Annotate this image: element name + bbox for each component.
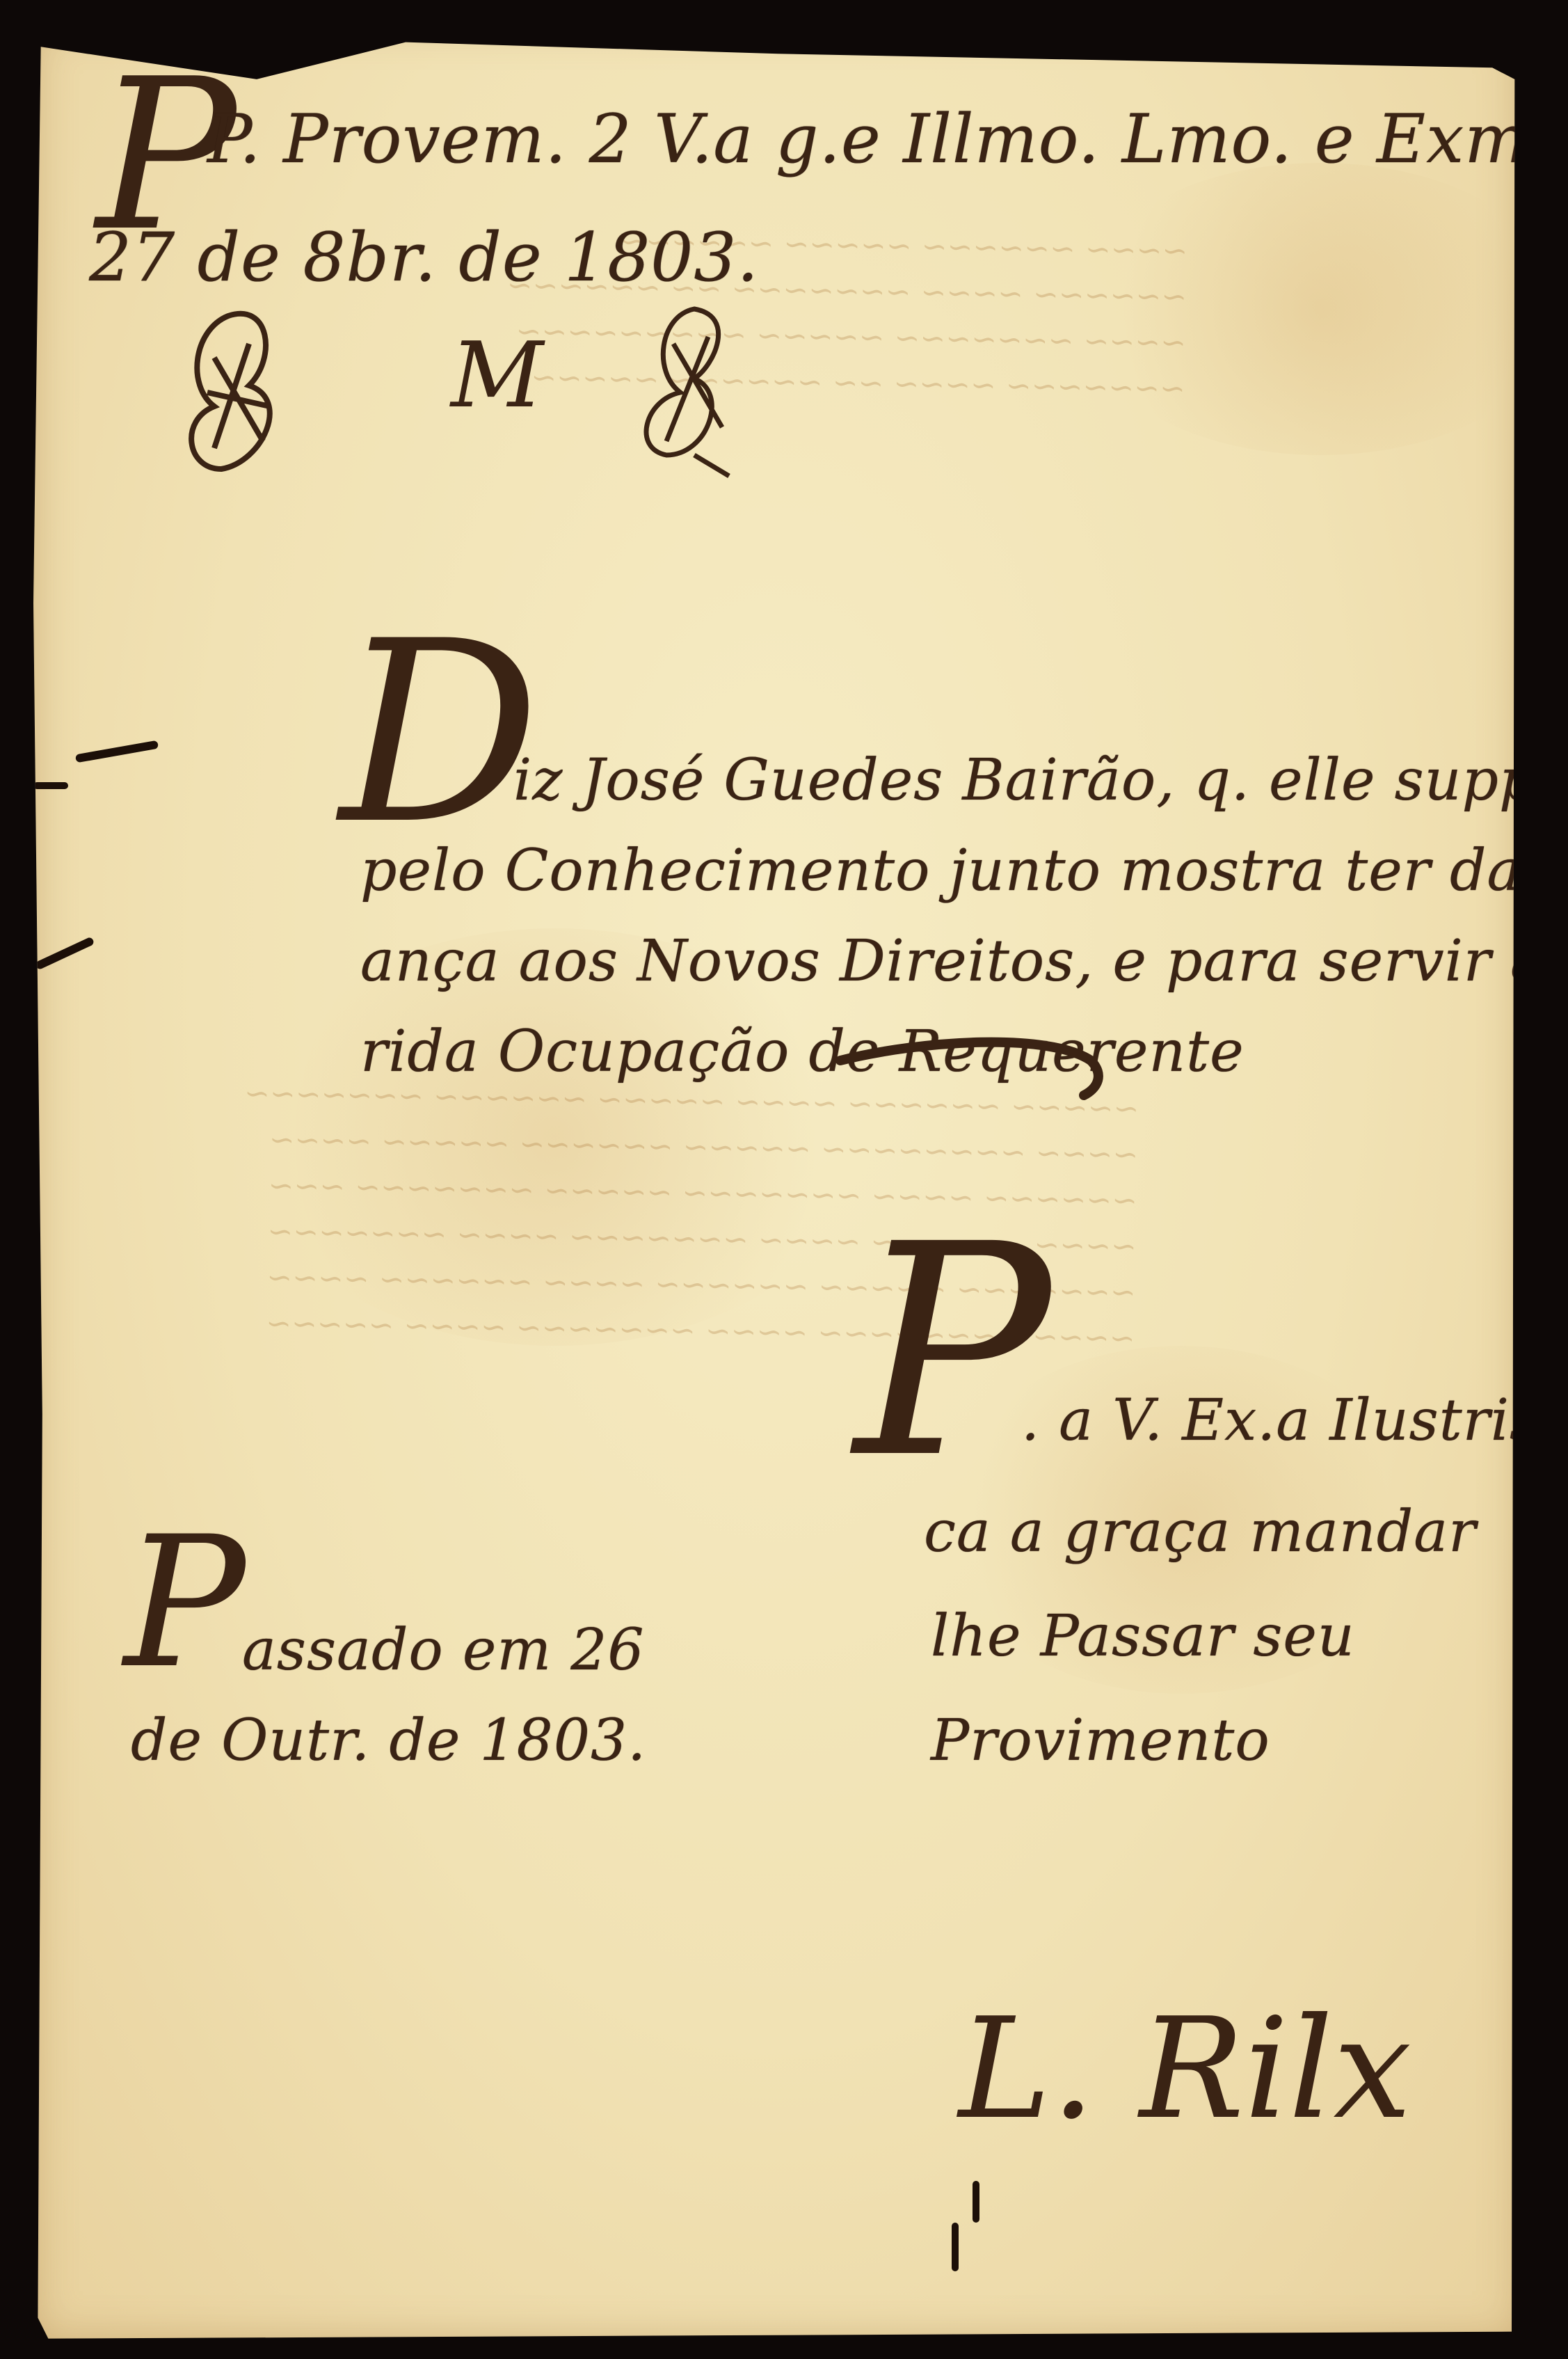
dated-note-line-2: de Outr. de 1803.: [131, 1708, 646, 1774]
bleed-through-text: ~~~~ ~~~~~~ ~~~~~ ~~~~~~ ~~~~~~ ~~~~ ~~~…: [504, 170, 1189, 458]
rubric-scribble-icon: [625, 302, 764, 483]
request-line-4: Provimento: [931, 1708, 1270, 1774]
manuscript-page: ~~~~ ~~~~~~ ~~~~~ ~~~~~~ ~~~~~~ ~~~~ ~~~…: [33, 24, 1522, 2341]
request-line-2: ca a graça mandar: [924, 1499, 1476, 1565]
ink-blot: [973, 2181, 979, 2223]
petition-line-3: ança aos Novos Direitos, e para servir a…: [360, 928, 1568, 994]
dated-note-line-1: assado em 26: [242, 1617, 645, 1683]
request-line-3: lhe Passar seu: [931, 1603, 1355, 1669]
signature: L. Rilx: [959, 2000, 1411, 2139]
line-end-flourish: [840, 1019, 1119, 1088]
ink-blot: [952, 2223, 959, 2271]
ink-blot: [75, 740, 159, 763]
rubric-m: M: [451, 330, 543, 420]
ink-blot: [33, 782, 68, 789]
request-initial: P: [854, 1207, 1051, 1499]
request-line-1: . a V. Ex.a Ilustrissima: [1021, 1388, 1568, 1454]
dated-note-initial: P: [124, 1513, 246, 1694]
petition-initial: D: [339, 608, 541, 859]
petition-line-2: pelo Conhecimento junto mostra ter dado …: [360, 838, 1568, 904]
petition-line-1: iz José Guedes Bairão, q. elle supp.e: [513, 747, 1568, 813]
header-date-line: 27 de 8br. de 1803.: [89, 219, 759, 296]
ink-blot: [35, 937, 95, 971]
rubric-scribble-icon: [173, 302, 312, 483]
header-line-1: P. Provem. 2 V.a g.e Illmo. Lmo. e Exmo.…: [207, 100, 1568, 178]
